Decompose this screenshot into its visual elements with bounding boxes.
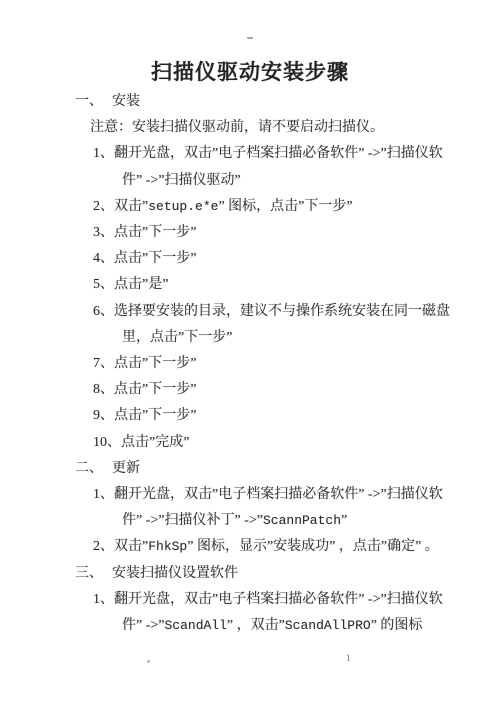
line-text: 点击”下一步” [114, 356, 196, 371]
doc-line: 件” ->”ScandAll” ，双击”ScandAllPRO” 的图标 [0, 613, 500, 639]
latin-text: ScannPatch [263, 513, 341, 528]
line-marker: 1、 [93, 141, 114, 167]
line-marker: 三、 [75, 561, 112, 587]
doc-line: 一、安装 [0, 89, 500, 115]
doc-line: 2、双击”FhkSp” 图标，显示”安装成功” ，点击”确定” 。 [0, 534, 500, 560]
doc-line: 1、翻开光盘，双击”电子档案扫描必备软件” ->”扫描仪软 [0, 482, 500, 508]
doc-line: 3、点击”下一步” [0, 220, 500, 246]
line-marker: 1、 [93, 587, 114, 613]
latin-text: setup.e*e [148, 199, 218, 214]
line-text: 翻开光盘，双击”电子档案扫描必备软件” ->”扫描仪软 [114, 487, 443, 502]
doc-line: 5、点击”是” [0, 272, 500, 298]
line-marker: 二、 [75, 456, 112, 482]
doc-line: 二、更新 [0, 456, 500, 482]
latin-text: ScandAll [165, 618, 227, 633]
doc-line: 1、翻开光盘，双击”电子档案扫描必备软件” ->”扫描仪软 [0, 141, 500, 167]
line-text: 双击”FhkSp” 图标，显示”安装成功” ，点击”确定” 。 [114, 539, 439, 554]
line-text: 更新 [112, 461, 140, 476]
line-text: 安装 [112, 94, 140, 109]
line-marker: 7、 [93, 351, 114, 377]
line-text: 点击”下一步” [114, 251, 196, 266]
footer-page-number: 1 [346, 653, 351, 663]
document-body: 一、安装注意：安装扫描仪驱动前，请不要启动扫描仪。1、翻开光盘，双击”电子档案扫… [0, 89, 500, 639]
scan-artifact-mark [247, 37, 253, 39]
line-text: 里，点击”下一步” [122, 330, 232, 345]
line-marker: 2、 [93, 534, 114, 560]
doc-line: 1、翻开光盘，双击”电子档案扫描必备软件” ->”扫描仪软 [0, 587, 500, 613]
page-title: 扫描仪驱动安装步骤 [0, 56, 500, 86]
line-text: 安装扫描仪设置软件 [112, 566, 238, 581]
line-text: 件” ->”扫描仪补丁” ->”ScannPatch” [122, 513, 347, 528]
line-text: 点击”下一步” [114, 225, 196, 240]
line-marker: 8、 [93, 377, 114, 403]
line-text: 点击”下一步” [114, 408, 196, 423]
line-marker: 1、 [93, 482, 114, 508]
doc-line: 件” ->”扫描仪驱动” [0, 168, 500, 194]
doc-line: 6、选择要安装的目录，建议不与操作系统安装在同一磁盘 [0, 299, 500, 325]
line-marker: 5、 [93, 272, 114, 298]
line-text: 注意：安装扫描仪驱动前，请不要启动扫描仪。 [90, 120, 384, 135]
line-marker: 9、 [93, 403, 114, 429]
line-marker: 一、 [75, 89, 112, 115]
line-text: 翻开光盘，双击”电子档案扫描必备软件” ->”扫描仪软 [114, 146, 443, 161]
doc-line: 4、点击”下一步” [0, 246, 500, 272]
line-text: 点击”是” [114, 277, 168, 292]
doc-line: 三、安装扫描仪设置软件 [0, 561, 500, 587]
line-text: 翻开光盘，双击”电子档案扫描必备软件” ->”扫描仪软 [114, 592, 443, 607]
latin-text: ScandAllPRO [285, 618, 371, 633]
doc-line: 10、点击”完成” [0, 430, 500, 456]
line-marker: 10、 [93, 430, 121, 456]
line-text: 件” ->”扫描仪驱动” [122, 173, 241, 188]
doc-line: 7、点击”下一步” [0, 351, 500, 377]
document-page: 扫描仪驱动安装步骤 一、安装注意：安装扫描仪驱动前，请不要启动扫描仪。1、翻开光… [0, 0, 500, 707]
doc-line: 2、双击”setup.e*e” 图标，点击”下一步” [0, 194, 500, 220]
line-marker: 4、 [93, 246, 114, 272]
footer-dot-mark [147, 660, 150, 663]
doc-line: 8、点击”下一步” [0, 377, 500, 403]
line-marker: 6、 [93, 299, 114, 325]
line-text: 双击”setup.e*e” 图标，点击”下一步” [114, 199, 353, 214]
latin-text: FhkSp [148, 539, 187, 554]
doc-line: 9、点击”下一步” [0, 403, 500, 429]
line-text: 件” ->”ScandAll” ，双击”ScandAllPRO” 的图标 [122, 618, 422, 633]
doc-line: 里，点击”下一步” [0, 325, 500, 351]
doc-line: 注意：安装扫描仪驱动前，请不要启动扫描仪。 [0, 115, 500, 141]
line-marker: 2、 [93, 194, 114, 220]
line-text: 点击”完成” [121, 435, 189, 450]
line-text: 选择要安装的目录，建议不与操作系统安装在同一磁盘 [114, 304, 450, 319]
line-marker: 3、 [93, 220, 114, 246]
line-text: 点击”下一步” [114, 382, 196, 397]
doc-line: 件” ->”扫描仪补丁” ->”ScannPatch” [0, 508, 500, 534]
